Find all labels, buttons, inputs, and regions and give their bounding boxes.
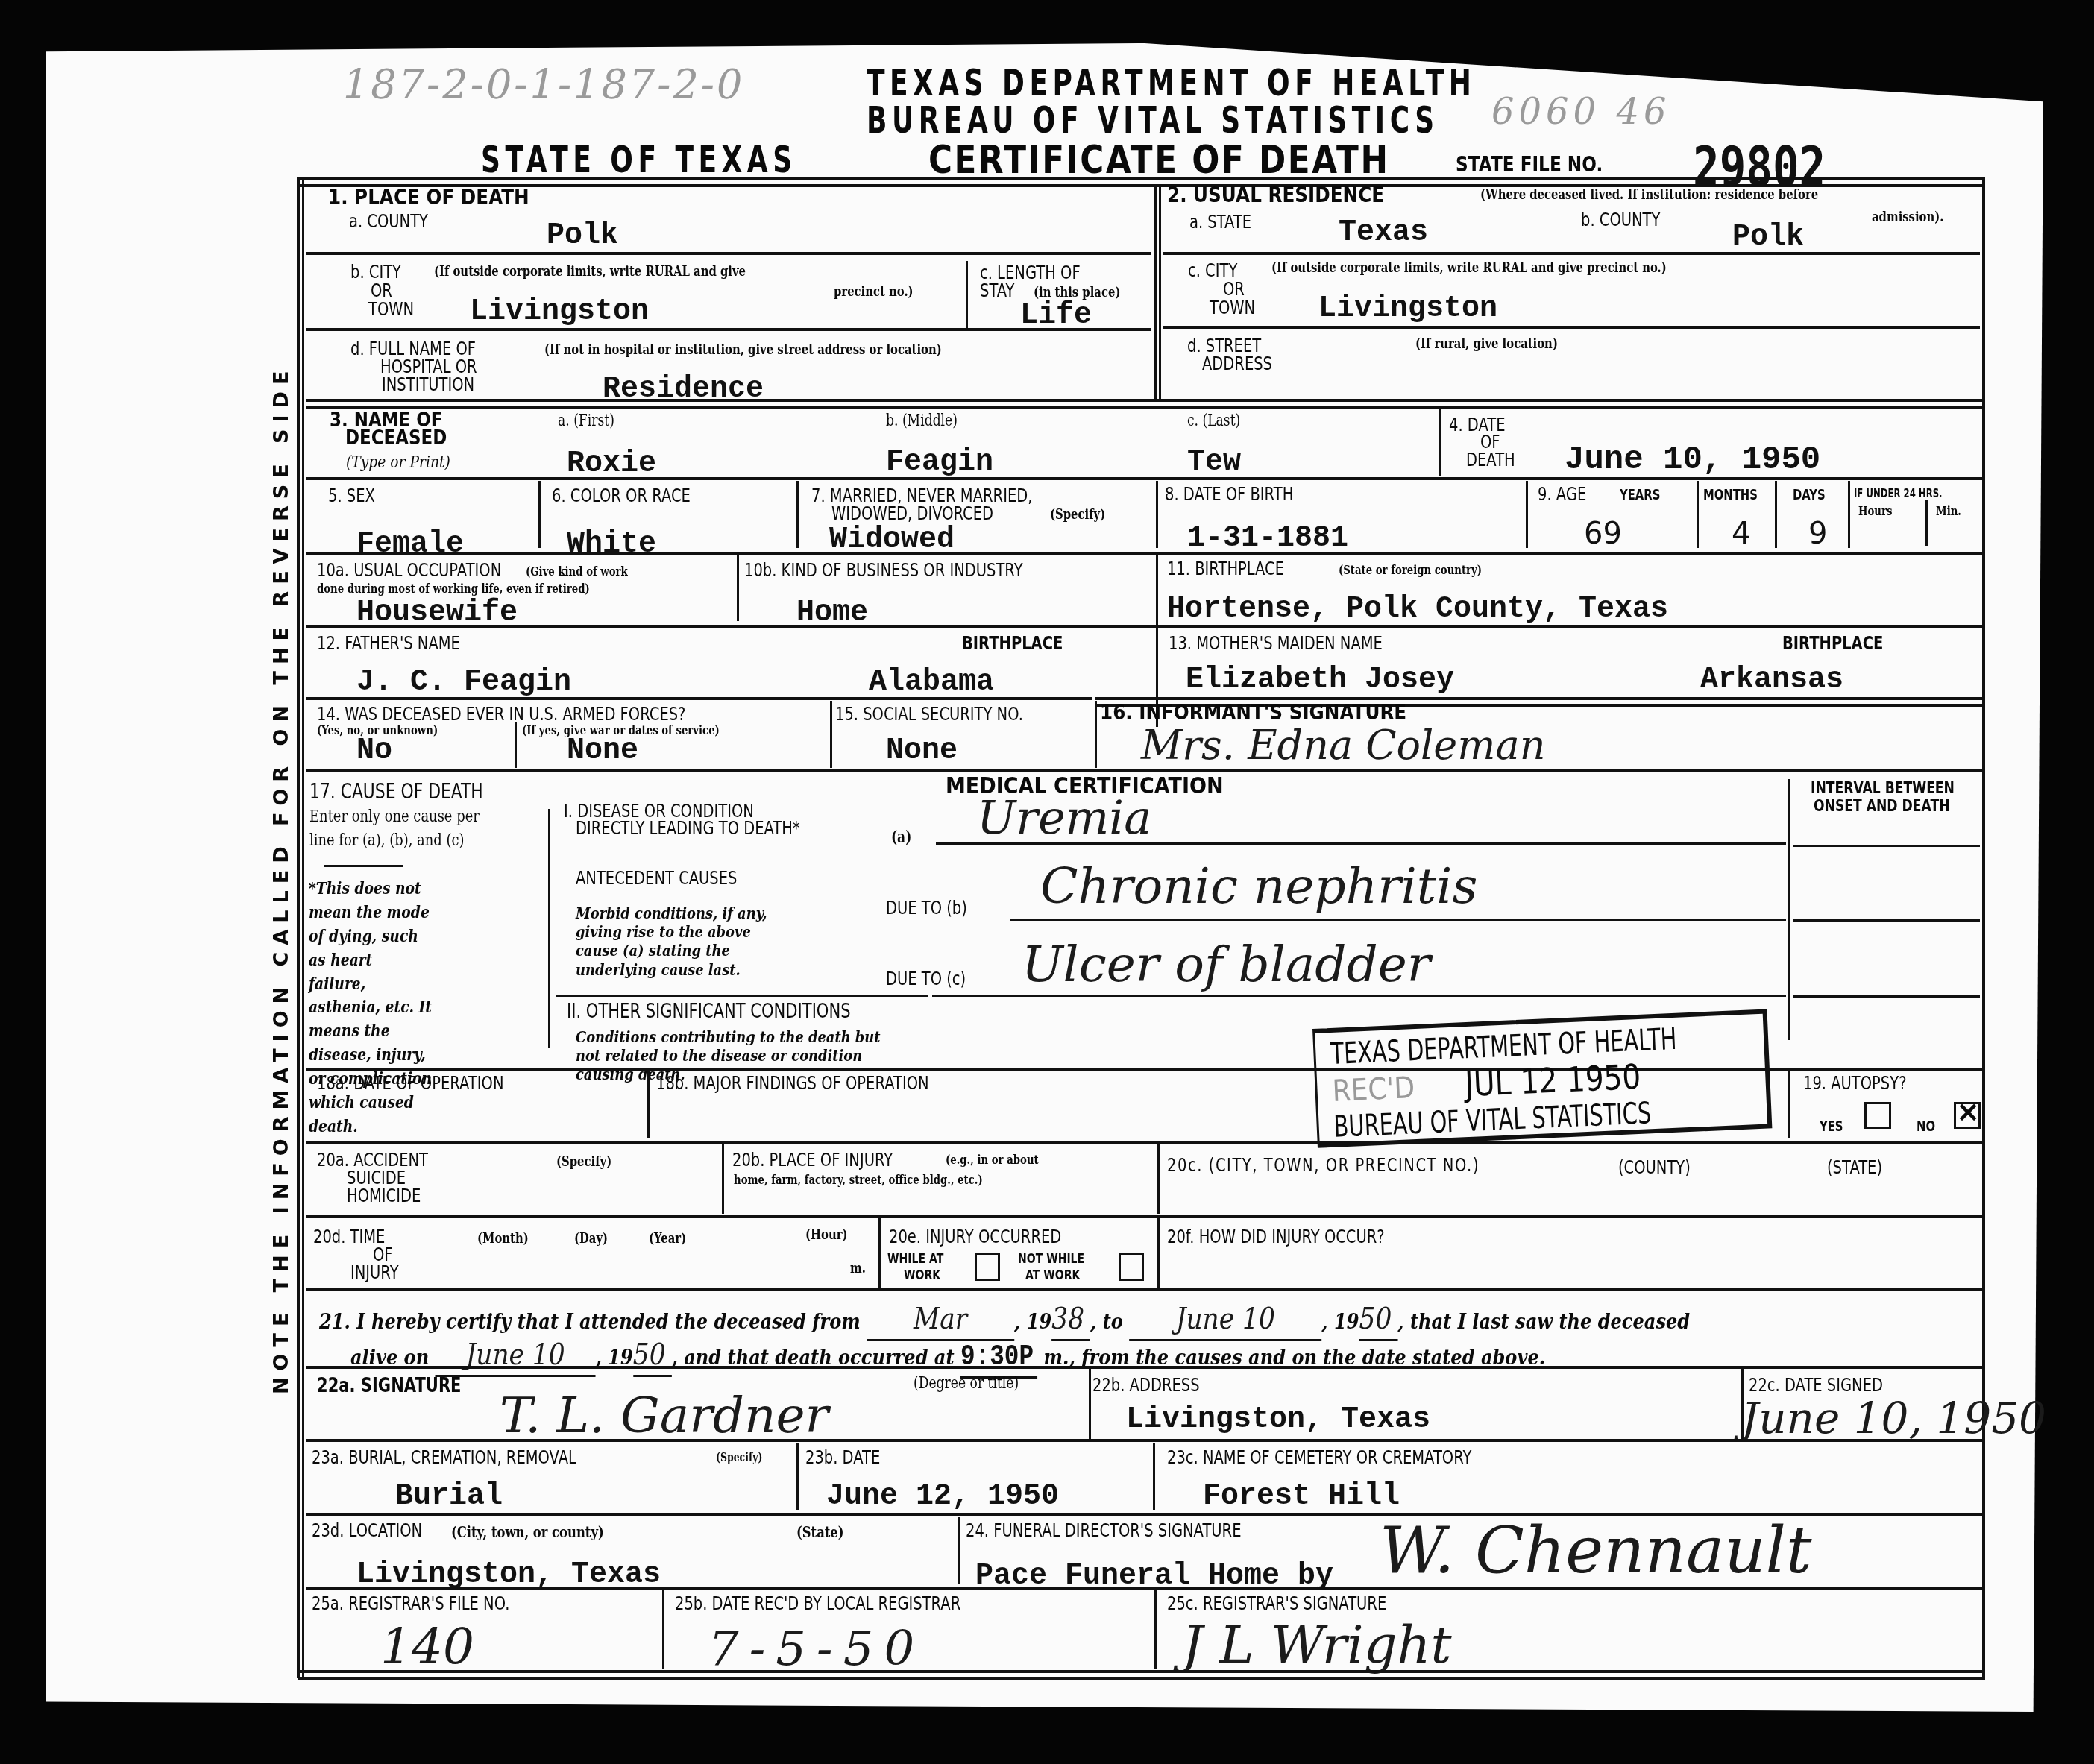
city-note: (If outside corporate limits, write RURA… xyxy=(434,263,746,280)
rule xyxy=(306,1587,1984,1590)
burial-location-state-note: (State) xyxy=(796,1522,843,1541)
divider xyxy=(1095,701,1097,768)
autopsy-yes-checkbox[interactable] xyxy=(1864,1102,1891,1129)
divider xyxy=(515,722,517,768)
divider xyxy=(662,1590,664,1669)
marital-label-2: WIDOWED, DIVORCED xyxy=(831,504,993,523)
divider xyxy=(796,481,799,548)
first-name-value: Roxie xyxy=(567,447,656,481)
divider xyxy=(1848,481,1850,548)
date-of-death-value: June 10, 1950 xyxy=(1565,441,1820,479)
place-of-death-label: 1. PLACE OF DEATH xyxy=(328,186,529,208)
death-city-value: Livingston xyxy=(470,295,649,329)
ssn-label: 15. SOCIAL SECURITY NO. xyxy=(835,705,1023,723)
certification-text: , that I last saw the deceased xyxy=(1397,1309,1690,1334)
occupation-label: 10a. USUAL OCCUPATION xyxy=(317,561,501,579)
divider xyxy=(1439,409,1441,476)
injury-month-label: (Month) xyxy=(477,1230,529,1247)
agency-line-2: BUREAU OF VITAL STATISTICS xyxy=(867,98,1439,142)
divider xyxy=(1089,1368,1091,1439)
morbid-conditions-note: Morbid conditions, if any, giving rise t… xyxy=(576,904,785,979)
residence-city-or: OR xyxy=(1223,280,1245,298)
age-years-label: YEARS xyxy=(1620,487,1660,503)
cause-c-value: Ulcer of bladder xyxy=(1022,936,1430,993)
certification-text: , 19 xyxy=(1321,1309,1359,1334)
physician-signature-label: 22a. SIGNATURE xyxy=(317,1376,462,1396)
residence-county-label: b. COUNTY xyxy=(1581,210,1660,229)
injury-meridiem-label: m. xyxy=(850,1260,866,1276)
autopsy-label: 19. AUTOPSY? xyxy=(1803,1074,1906,1092)
place-of-injury-label: 20b. PLACE OF INJURY xyxy=(732,1150,893,1169)
divider xyxy=(878,1218,881,1288)
cause-instruction-2: line for (a), (b), and (c) xyxy=(309,831,465,850)
registrar-signature-label: 25c. REGISTRAR'S SIGNATURE xyxy=(1167,1594,1386,1613)
occupation-note: (Give kind of work xyxy=(526,564,628,579)
rule xyxy=(306,477,1984,480)
reverse-side-note: NOTE THE INFORMATION CALLED FOR ON THE R… xyxy=(270,365,293,1394)
cause-b-tag: DUE TO (b) xyxy=(886,898,967,917)
birth-date-value: 1-31-1881 xyxy=(1187,522,1348,555)
cause-a-value: Uremia xyxy=(977,790,1151,845)
rule xyxy=(306,1215,1984,1218)
registrar-file-value: 140 xyxy=(380,1618,474,1675)
certification-text: , 19 xyxy=(1014,1309,1051,1334)
stay-label-2: STAY xyxy=(980,281,1015,300)
county-label: a. COUNTY xyxy=(349,212,428,230)
rule xyxy=(1163,252,1980,255)
age-days-value: 9 xyxy=(1808,517,1827,551)
rule xyxy=(306,625,1984,628)
divider xyxy=(1526,481,1528,548)
not-while-at-work-label: NOT WHILE xyxy=(1018,1251,1084,1267)
residence-city-town: TOWN xyxy=(1210,298,1255,317)
burial-date-value: June 12, 1950 xyxy=(826,1480,1059,1513)
sex-label: 5. SEX xyxy=(328,486,375,505)
bottom-rule xyxy=(298,1670,1985,1673)
city-or-label: OR xyxy=(371,281,392,300)
divider xyxy=(1775,481,1777,548)
place-of-injury-note: (e.g., in or about xyxy=(946,1153,1039,1168)
type-or-print-label: (Type or Print) xyxy=(346,452,450,474)
certification-text: , to xyxy=(1090,1309,1123,1334)
minutes-label: Min. xyxy=(1936,504,1961,519)
age-days-label: DAYS xyxy=(1793,487,1826,503)
registrar-date-label: 25b. DATE REC'D BY LOCAL REGISTRAR xyxy=(675,1594,960,1613)
rule xyxy=(306,328,1151,331)
hospital-label-3: INSTITUTION xyxy=(382,375,474,394)
rule xyxy=(932,995,1786,997)
state-title: STATE OF TEXAS xyxy=(481,138,797,181)
stay-note: (in this place) xyxy=(1034,284,1120,300)
injury-year-label: (Year) xyxy=(649,1230,686,1247)
cause-instruction: Enter only one cause per xyxy=(309,807,480,826)
operation-date-label: 18a. DATE OF OPERATION xyxy=(317,1074,503,1092)
age-years-value: 69 xyxy=(1584,517,1622,551)
divider xyxy=(1154,186,1157,399)
time-of-death: 9:30P xyxy=(960,1338,1037,1379)
divider xyxy=(647,1070,650,1138)
rule xyxy=(306,1439,1984,1442)
street-label-2: ADDRESS xyxy=(1202,354,1272,373)
rule xyxy=(324,865,403,867)
cemetery-label: 23c. NAME OF CEMETERY OR CREMATORY xyxy=(1167,1448,1471,1467)
residence-state-label: a. STATE xyxy=(1189,212,1251,231)
cemetery-value: Forest Hill xyxy=(1203,1480,1400,1513)
name-label-2: DECEASED xyxy=(345,428,447,448)
injury-city-label: 20c. (CITY, TOWN, OR PRECINCT NO.) xyxy=(1167,1156,1480,1174)
last-name-value: Tew xyxy=(1187,446,1241,479)
race-value: White xyxy=(567,528,656,561)
divider xyxy=(966,261,968,328)
father-birthplace-label: BIRTHPLACE xyxy=(962,634,1063,652)
death-county-value: Polk xyxy=(547,219,618,253)
physician-signature: T. L. Gardner xyxy=(500,1387,829,1444)
date-signed-value: June 10, 1950 xyxy=(1741,1393,2046,1443)
antecedent-causes-label: ANTECEDENT CAUSES xyxy=(576,869,737,887)
cause-a-tag: (a) xyxy=(891,828,911,847)
birth-date-label: 8. DATE OF BIRTH xyxy=(1165,485,1293,503)
rule xyxy=(306,252,1151,255)
father-name-label: 12. FATHER'S NAME xyxy=(317,634,460,652)
divider xyxy=(796,1443,799,1510)
stamp-received-label: REC'D xyxy=(1332,1071,1415,1109)
document-title: CERTIFICATE OF DEATH xyxy=(928,138,1389,183)
rule xyxy=(306,697,1092,700)
time-of-injury-label-3: INJURY xyxy=(350,1263,399,1282)
race-label: 6. COLOR OR RACE xyxy=(552,486,691,505)
burial-location-label: 23d. LOCATION xyxy=(312,1521,422,1540)
city-town-label: TOWN xyxy=(368,300,414,318)
certification-text: 21. I hereby certify that I attended the… xyxy=(319,1309,861,1334)
not-while-at-work-checkbox[interactable] xyxy=(1119,1253,1144,1281)
injury-occurred-label: 20e. INJURY OCCURRED xyxy=(889,1227,1061,1246)
birthplace-value: Hortense, Polk County, Texas xyxy=(1167,593,1668,626)
divider xyxy=(1925,500,1928,546)
degree-label: (Degree or title) xyxy=(914,1374,1019,1393)
rule xyxy=(306,399,1984,402)
funeral-director-label: 24. FUNERAL DIRECTOR'S SIGNATURE xyxy=(966,1521,1241,1540)
hospital-note: (If not in hospital or institution, give… xyxy=(544,341,942,358)
residence-city-label: c. CITY xyxy=(1188,261,1237,280)
autopsy-no-label: NO xyxy=(1917,1118,1935,1135)
rule xyxy=(556,995,928,997)
divider xyxy=(1157,1143,1160,1214)
middle-name-value: Feagin xyxy=(886,446,993,479)
informant-label: 16. INFORMANT'S SIGNATURE xyxy=(1100,702,1406,723)
funeral-director-signature: W. Chennault xyxy=(1380,1513,1812,1588)
not-while-at-work-label-2: AT WORK xyxy=(1025,1267,1080,1283)
autopsy-yes-label: YES xyxy=(1820,1118,1843,1135)
divider xyxy=(1157,1218,1160,1288)
mother-name-value: Elizabeth Josey xyxy=(1186,664,1454,697)
accident-specify-note: (Specify) xyxy=(556,1153,611,1170)
rule xyxy=(1010,919,1786,921)
ssn-value: None xyxy=(886,734,958,768)
state-file-label: STATE FILE NO. xyxy=(1456,151,1603,177)
rule xyxy=(306,1366,1984,1369)
sex-value: Female xyxy=(356,528,464,561)
birthplace-label: 11. BIRTHPLACE xyxy=(1167,559,1284,578)
physician-address-value: Livingston, Texas xyxy=(1126,1403,1430,1437)
age-months-value: 4 xyxy=(1732,517,1750,551)
residence-state-value: Texas xyxy=(1339,216,1428,250)
while-at-work-label: WHILE AT xyxy=(887,1251,943,1267)
informant-signature: Mrs. Edna Coleman xyxy=(1141,722,1546,769)
residence-city-note: (If outside corporate limits, write RURA… xyxy=(1271,259,1667,276)
residence-city-value: Livingston xyxy=(1318,292,1497,326)
industry-label: 10b. KIND OF BUSINESS OR INDUSTRY xyxy=(744,561,1023,579)
burial-date-label: 23b. DATE xyxy=(805,1448,880,1467)
rule xyxy=(1163,326,1980,329)
cause-b-value: Chronic nephritis xyxy=(1040,857,1477,915)
certification-line-2: alive on June 10, 1950, and that death o… xyxy=(350,1335,1545,1379)
armed-forces-label: 14. WAS DECEASED EVER IN U.S. ARMED FORC… xyxy=(317,705,685,723)
burial-type-note: (Specify) xyxy=(716,1450,762,1464)
injury-state-label: (STATE) xyxy=(1827,1158,1882,1176)
divider xyxy=(830,701,832,768)
rule xyxy=(306,769,1984,772)
rule xyxy=(1793,995,1980,998)
divider xyxy=(958,1517,960,1584)
age-label: 9. AGE xyxy=(1538,485,1586,503)
interval-label: INTERVAL BETWEEN xyxy=(1811,781,1955,797)
handwritten-index-number: 187-2-0-1-187-2-0 xyxy=(343,61,744,108)
mother-birthplace-label: BIRTHPLACE xyxy=(1782,634,1883,652)
divider xyxy=(548,809,550,1048)
hours-label: Hours xyxy=(1858,504,1892,519)
divider xyxy=(1153,1443,1155,1510)
last-seen-alive-date: June 10 xyxy=(436,1335,596,1377)
rule xyxy=(306,1141,1984,1144)
interval-label-2: ONSET AND DEATH xyxy=(1814,798,1950,815)
disease-label-2: DIRECTLY LEADING TO DEATH* xyxy=(576,819,800,837)
injury-day-label: (Day) xyxy=(574,1230,608,1247)
street-note: (If rural, give location) xyxy=(1415,336,1558,352)
homicide-label: HOMICIDE xyxy=(347,1186,421,1205)
divider xyxy=(1788,1070,1790,1138)
while-at-work-label-2: WORK xyxy=(904,1267,940,1283)
divider xyxy=(538,481,541,548)
burial-type-value: Burial xyxy=(395,1480,503,1513)
rule xyxy=(306,552,1984,555)
handwritten-code: 6060 46 xyxy=(1491,91,1671,133)
how-injury-occurred-label: 20f. HOW DID INJURY OCCUR? xyxy=(1167,1227,1385,1246)
occupation-note-2: done during most of working life, even i… xyxy=(317,582,590,596)
injury-hour-label: (Hour) xyxy=(805,1226,848,1243)
date-of-death-label-3: DEATH xyxy=(1466,450,1515,469)
burial-type-label: 23a. BURIAL, CREMATION, REMOVAL xyxy=(312,1448,576,1467)
divider xyxy=(1154,1590,1157,1669)
last-name-label: c. (Last) xyxy=(1187,412,1240,430)
mother-birthplace-value: Arkansas xyxy=(1700,664,1843,697)
mother-name-label: 13. MOTHER'S MAIDEN NAME xyxy=(1169,634,1383,652)
place-of-injury-note-2: home, farm, factory, street, office bldg… xyxy=(734,1173,983,1188)
age-months-label: MONTHS xyxy=(1703,487,1758,503)
cause-c-tag: DUE TO (c) xyxy=(886,969,966,988)
father-name-value: J. C. Feagin xyxy=(356,666,571,699)
rule xyxy=(1793,919,1980,922)
physician-address-label: 22b. ADDRESS xyxy=(1092,1376,1200,1394)
autopsy-no-checkbox[interactable] xyxy=(1954,1102,1981,1129)
top-rule xyxy=(298,177,1985,180)
father-birthplace-value: Alabama xyxy=(869,666,994,699)
date-signed-label: 22c. DATE SIGNED xyxy=(1749,1376,1883,1394)
received-stamp: TEXAS DEPARTMENT OF HEALTH REC'D JUL 12 … xyxy=(1312,1009,1772,1147)
city-note-2: precinct no.) xyxy=(834,283,914,300)
marital-note: (Specify) xyxy=(1050,506,1105,523)
rule xyxy=(1793,845,1980,847)
service-value: None xyxy=(567,734,638,768)
first-name-label: a. (First) xyxy=(558,412,614,430)
registrar-file-label: 25a. REGISTRAR'S FILE NO. xyxy=(312,1594,509,1613)
middle-name-label: b. (Middle) xyxy=(886,412,958,430)
while-at-work-checkbox[interactable] xyxy=(975,1253,1000,1281)
burial-location-note: (City, town, or county) xyxy=(451,1522,604,1541)
cause-of-death-label: 17. CAUSE OF DEATH xyxy=(309,781,483,802)
registrar-signature: J L Wright xyxy=(1182,1614,1452,1675)
usual-residence-label: 2. USUAL RESIDENCE xyxy=(1167,184,1384,206)
residence-note-2: admission). xyxy=(1872,209,1943,225)
rule xyxy=(306,1288,1984,1291)
divider xyxy=(737,555,739,621)
divider xyxy=(1156,481,1158,548)
residence-county-value: Polk xyxy=(1732,221,1804,254)
operation-findings-label: 18b. MAJOR FINDINGS OF OPERATION xyxy=(656,1074,929,1092)
city-label: b. CITY xyxy=(350,262,401,281)
residence-note: (Where deceased lived. If institution: r… xyxy=(1480,186,1818,203)
registrar-date-value: 7-5-50 xyxy=(708,1622,925,1677)
birthplace-note: (State or foreign country) xyxy=(1339,563,1482,578)
last-seen-alive-year: 50 xyxy=(633,1335,672,1377)
injury-county-label: (COUNTY) xyxy=(1618,1158,1691,1176)
under-24-hours-label: IF UNDER 24 HRS. xyxy=(1854,487,1943,500)
cause-footnote: *This does not mean the mode of dying, s… xyxy=(309,878,433,1139)
divider xyxy=(1697,481,1699,548)
divider xyxy=(1788,779,1790,1040)
divider xyxy=(722,1143,724,1214)
armed-forces-value: No xyxy=(356,734,392,768)
other-conditions-label: II. OTHER SIGNIFICANT CONDITIONS xyxy=(567,1001,851,1021)
